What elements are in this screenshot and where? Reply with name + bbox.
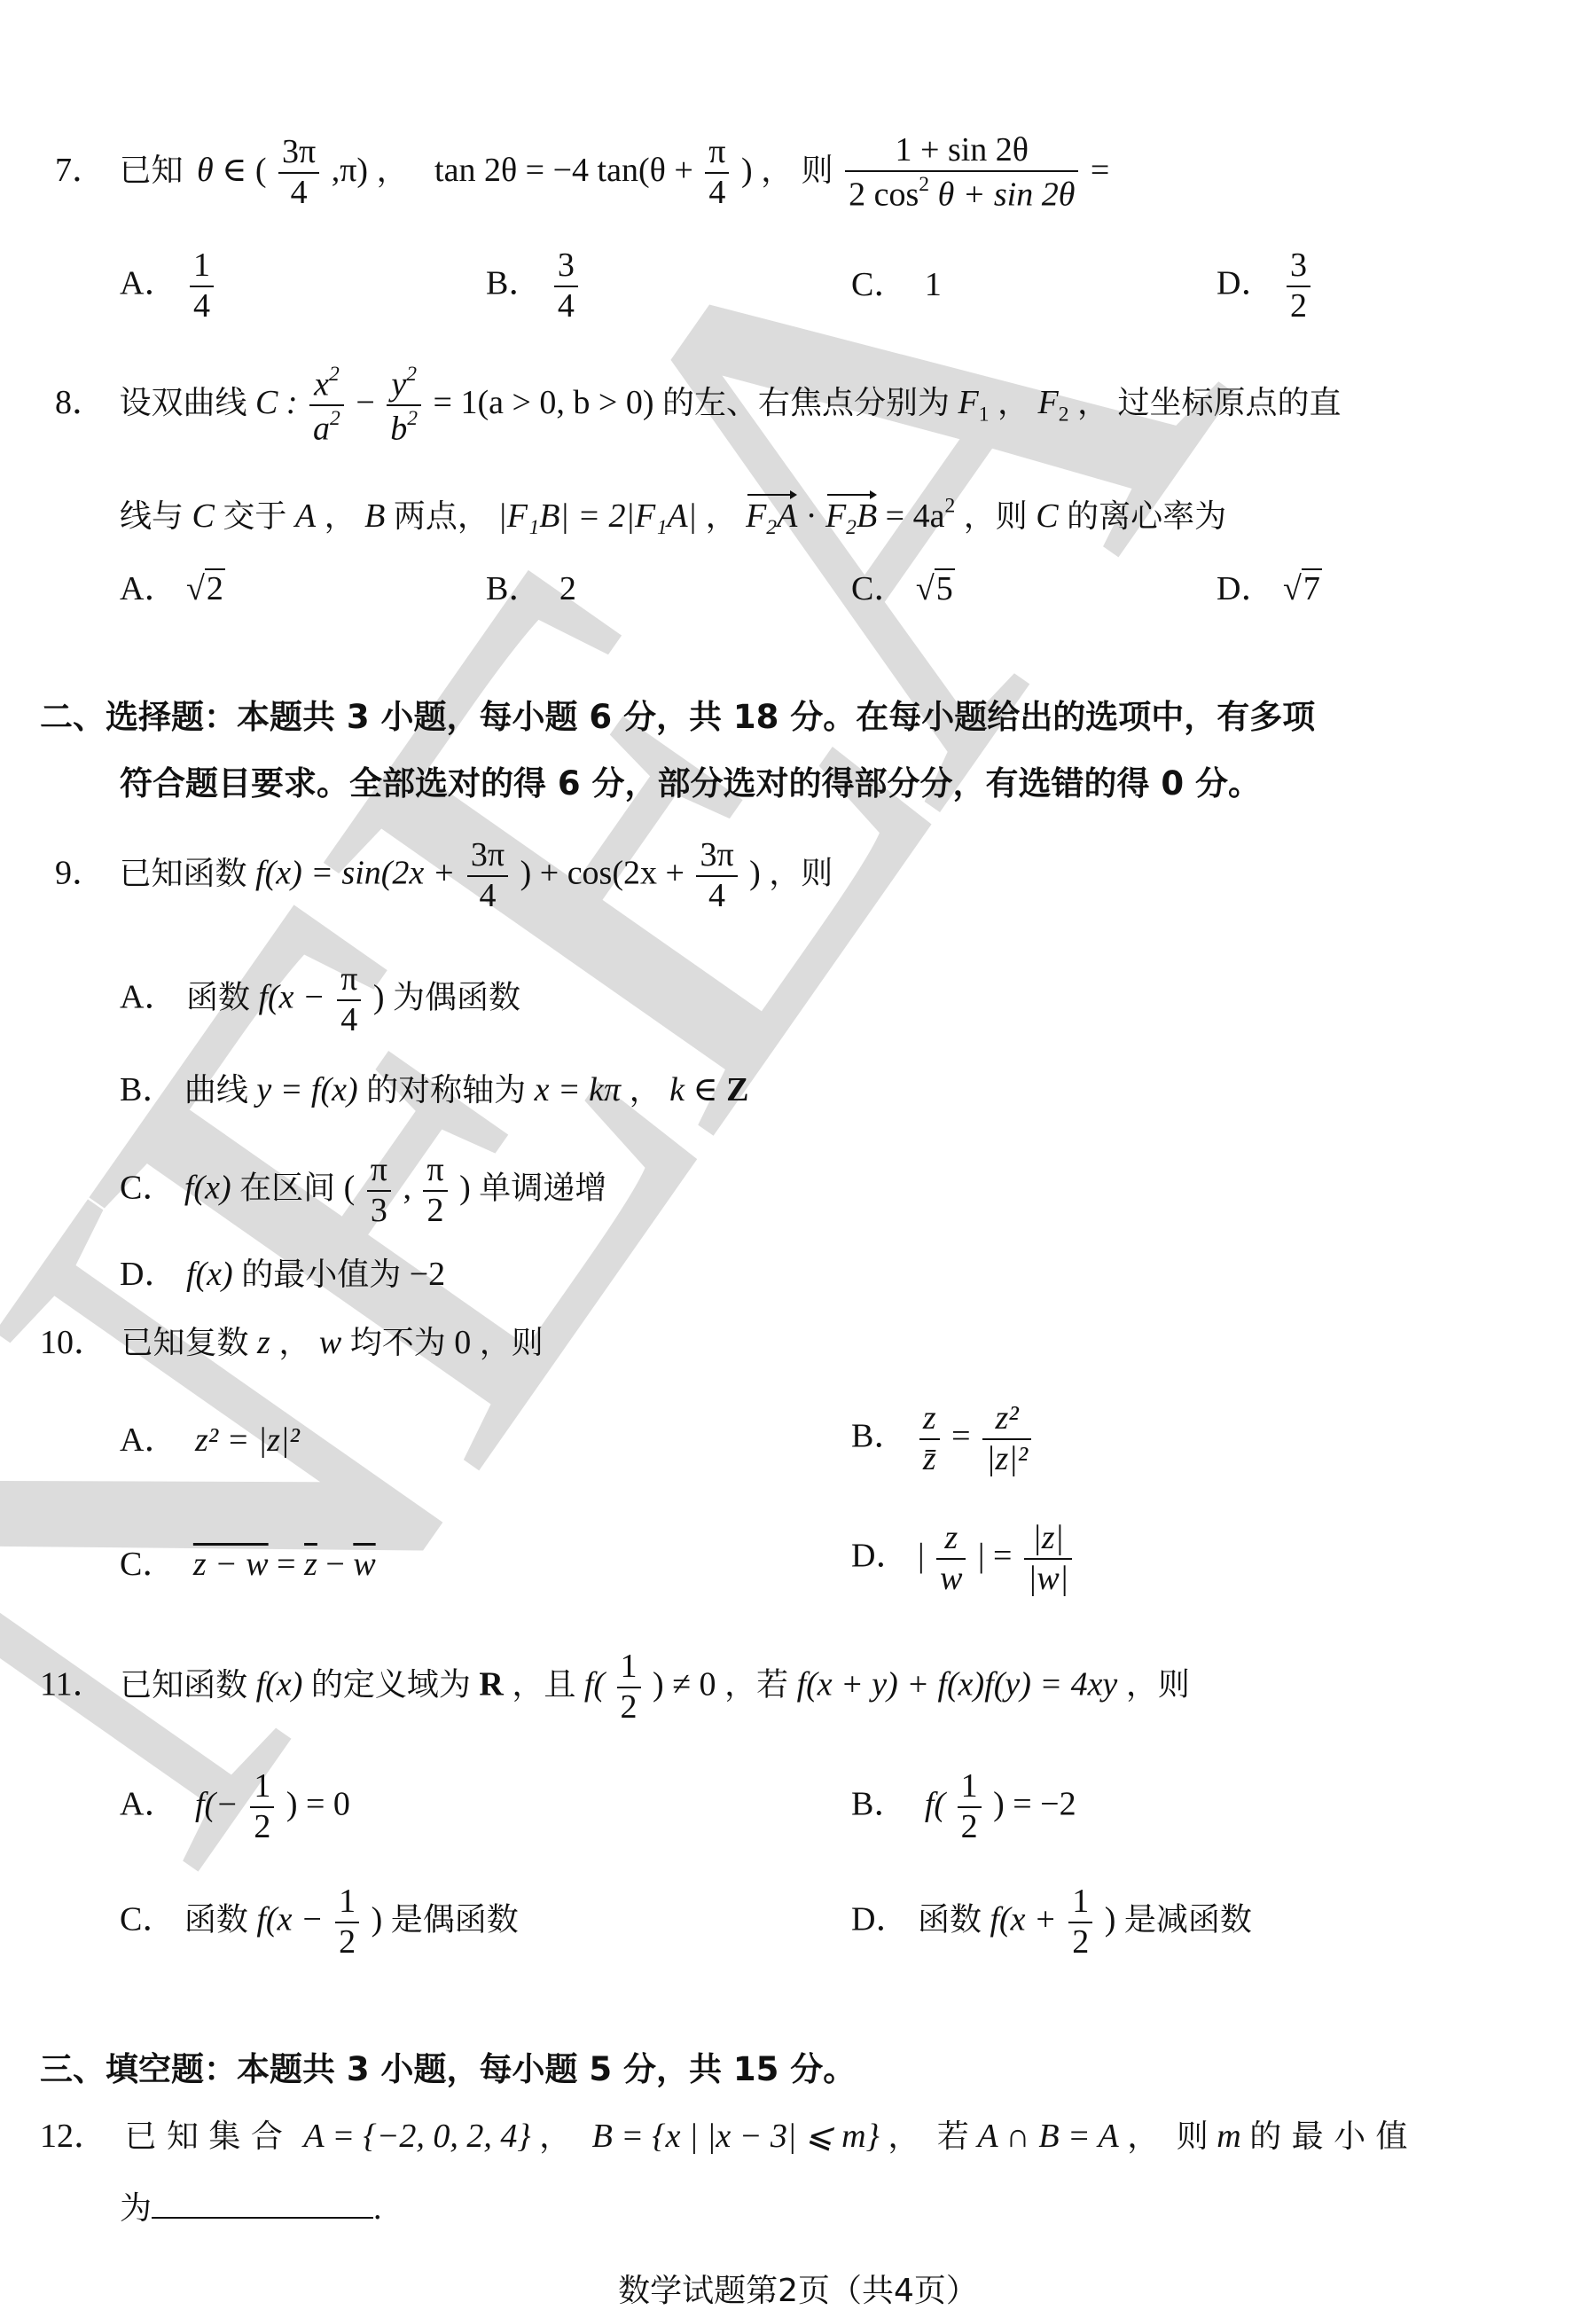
vector-f2b: F2B (825, 492, 877, 539)
math-symbol: θ (197, 152, 214, 189)
option-label: B． (486, 265, 542, 302)
fraction: 32 (1287, 248, 1310, 325)
question-11-option-c: C． 函数 f(x − 12 ) 是偶函数 (120, 1884, 519, 1961)
fraction: π2 (423, 1153, 447, 1229)
option-label: B． (851, 1418, 907, 1455)
vector-f2a: F2A (746, 492, 797, 539)
option-label: C． (851, 266, 907, 303)
question-9-option-d: D． f(x) 的最小值为 −2 (120, 1257, 445, 1291)
math-expr: ,π) (332, 152, 368, 189)
question-10: 10． 已知复数 z ， w 均不为 0 ，则 (40, 1326, 544, 1359)
question-9-option-c: C． f(x) 在区间 ( π3 , π2 ) 单调递增 (120, 1153, 606, 1229)
question-8-option-a: A． √2 (120, 572, 225, 606)
option-label: B． (120, 1071, 176, 1108)
math-expr: |F₁B| = 2|F₁A| (497, 497, 697, 535)
question-8-option-d: D． √7 (1217, 572, 1322, 606)
stem-text: 已知 (120, 153, 184, 189)
fraction: 34 (554, 248, 578, 325)
option-label: D． (851, 1901, 909, 1938)
option-label: C． (120, 1170, 176, 1207)
fraction: π3 (367, 1153, 391, 1229)
fraction: 14 (190, 248, 214, 325)
target-fraction: 1 + sin 2θ 2 cos2 θ + sin 2θ (845, 133, 1078, 213)
section-2-instructions: 符合题目要求。全部选对的得 6 分，部分选对的得部分分，有选错的得 0 分。 (120, 767, 1261, 800)
math-expr: tan 2θ = −4 tan(θ + (434, 152, 693, 189)
option-label: A． (120, 1421, 177, 1459)
exam-page: NEEA 7． 已知 θ ∈ ( 3π 4 ,π) ， tan 2θ = −4 … (0, 0, 1596, 2310)
question-8-line-2: 线与 C 交于 A ， B 两点， |F₁B| = 2|F₁A| ， F2A ·… (120, 492, 1226, 539)
question-number: 12． (40, 2118, 107, 2155)
option-label: D． (1217, 265, 1274, 302)
question-10-option-b: B． zz̄ = z²|z|² (851, 1401, 1035, 1477)
fraction: 12 (335, 1884, 359, 1961)
option-label: A． (120, 979, 177, 1016)
question-12: 12． 已 知 集 合 A = {−2, 0, 2, 4} ， B = {x |… (40, 2119, 1408, 2153)
question-8-line-1: 8． 设双曲线 C : x2 a2 − y2 b2 = 1(a > 0, b >… (55, 364, 1342, 448)
question-11-option-d: D． 函数 f(x + 12 ) 是减函数 (851, 1884, 1252, 1961)
question-7-option-b: B． 34 (486, 248, 582, 325)
option-label: B． (486, 570, 542, 607)
question-number: 9． (55, 855, 106, 892)
question-number: 7． (55, 153, 106, 187)
math-expr: f(x) = sin(2x + (255, 855, 455, 892)
sqrt: √7 (1283, 572, 1322, 606)
question-10-option-d: D． | zw | = |z||w| (851, 1521, 1076, 1597)
option-label: A． (120, 265, 177, 302)
question-10-option-a: A． z² = |z|² (120, 1423, 300, 1457)
exam-content: 7． 已知 θ ∈ ( 3π 4 ,π) ， tan 2θ = −4 tan(θ… (0, 0, 1596, 2310)
option-label: D． (1217, 570, 1274, 607)
option-label: A． (120, 570, 177, 607)
question-10-option-c: C． z − w = z − w (120, 1547, 376, 1581)
fraction: y2 b2 (387, 364, 421, 448)
question-11-option-a: A． f(− 12 ) = 0 (120, 1769, 350, 1845)
fraction: 3π 4 (278, 135, 319, 211)
option-label: D． (851, 1538, 909, 1575)
fraction: 3π4 (696, 838, 737, 914)
page-footer: 数学试题第2页（共4页） (0, 2266, 1596, 2310)
question-9-option-a: A． 函数 f(x − π4 ) 为偶函数 (120, 962, 520, 1038)
question-11: 11． 已知函数 f(x) 的定义域为 R ，且 f( 12 ) ≠ 0 ，若 … (40, 1649, 1190, 1726)
question-8-option-c: C． √5 (851, 572, 955, 606)
fraction: 3π4 (467, 838, 508, 914)
question-7-option-d: D． 32 (1217, 248, 1314, 325)
fraction: 12 (617, 1649, 641, 1726)
option-label: C． (120, 1901, 176, 1938)
section-3-heading: 三、填空题：本题共 3 小题，每小题 5 分，共 15 分。 (40, 2053, 856, 2086)
sqrt: √5 (916, 572, 955, 606)
fraction: 12 (1068, 1884, 1092, 1961)
question-number: 11． (40, 1666, 106, 1703)
fraction: π 4 (705, 135, 729, 211)
question-number: 10． (40, 1324, 107, 1361)
fraction: zw (936, 1521, 966, 1597)
math-symbol: ( (255, 152, 267, 189)
fraction: x2 a2 (309, 364, 344, 448)
fraction: 12 (250, 1769, 274, 1845)
fraction: zz̄ (919, 1401, 940, 1477)
question-9: 9． 已知函数 f(x) = sin(2x + 3π4 ) + cos(2x +… (55, 838, 833, 914)
math-symbol: ∈ (222, 152, 246, 189)
fraction: |z||w| (1024, 1521, 1072, 1597)
question-7-option-c: C． 1 (851, 268, 942, 301)
section-2-heading: 二、选择题：本题共 3 小题，每小题 6 分，共 18 分。在每小题给出的选项中… (40, 701, 1315, 733)
option-label: A． (120, 1786, 177, 1823)
option-label: C． (120, 1546, 176, 1583)
question-7: 7． 已知 θ ∈ ( 3π 4 ,π) ， tan 2θ = −4 tan(θ… (55, 133, 1109, 213)
question-9-option-b: B． 曲线 y = f(x) 的对称轴为 x = kπ ， k ∈ Z (120, 1073, 748, 1107)
fraction: 12 (958, 1769, 982, 1845)
option-label: C． (851, 570, 907, 607)
question-7-option-a: A． 14 (120, 248, 217, 325)
fraction: π4 (337, 962, 361, 1038)
question-11-option-b: B． f( 12 ) = −2 (851, 1769, 1076, 1845)
sqrt: √2 (186, 572, 225, 606)
question-8-option-b: B． 2 (486, 572, 576, 606)
option-label: B． (851, 1786, 907, 1823)
answer-blank[interactable] (152, 2190, 373, 2219)
option-label: D． (120, 1256, 177, 1293)
fraction: z²|z|² (982, 1401, 1031, 1477)
question-12-line-2: 为. (120, 2190, 382, 2225)
question-number: 8． (55, 384, 106, 421)
